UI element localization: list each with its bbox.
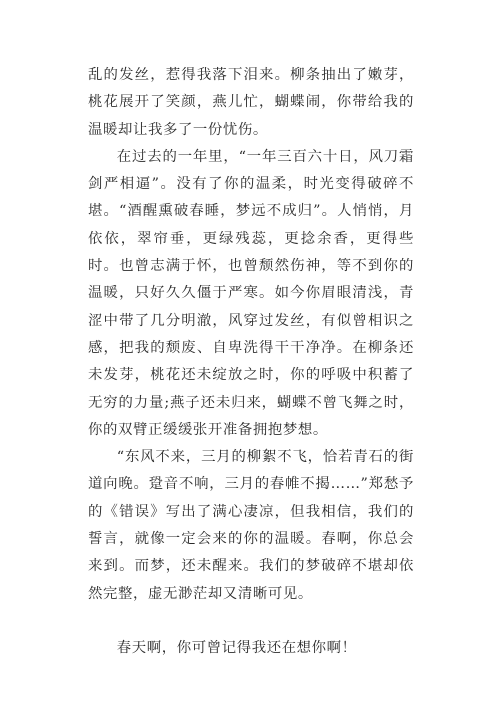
closing-line: 春天啊，你可曾记得我还在想你啊！ — [88, 635, 414, 662]
paragraph-3: “东风不来，三月的柳絮不飞，恰若青石的街道向晚。跫音不响，三月的春帷不揭……”郑… — [88, 444, 414, 608]
paragraph-1: 乱的发丝，惹得我落下泪来。柳条抽出了嫩芽，桃花展开了笑颜，燕儿忙，蝴蝶闹，你带给… — [88, 62, 414, 144]
document-page: 乱的发丝，惹得我落下泪来。柳条抽出了嫩芽，桃花展开了笑颜，燕儿忙，蝴蝶闹，你带给… — [0, 0, 500, 708]
document-body: 乱的发丝，惹得我落下泪来。柳条抽出了嫩芽，桃花展开了笑颜，燕儿忙，蝴蝶闹，你带给… — [88, 62, 414, 662]
paragraph-2: 在过去的一年里，“一年三百六十日，风刀霜剑严相逼”。没有了你的温柔，时光变得破碎… — [88, 144, 414, 444]
